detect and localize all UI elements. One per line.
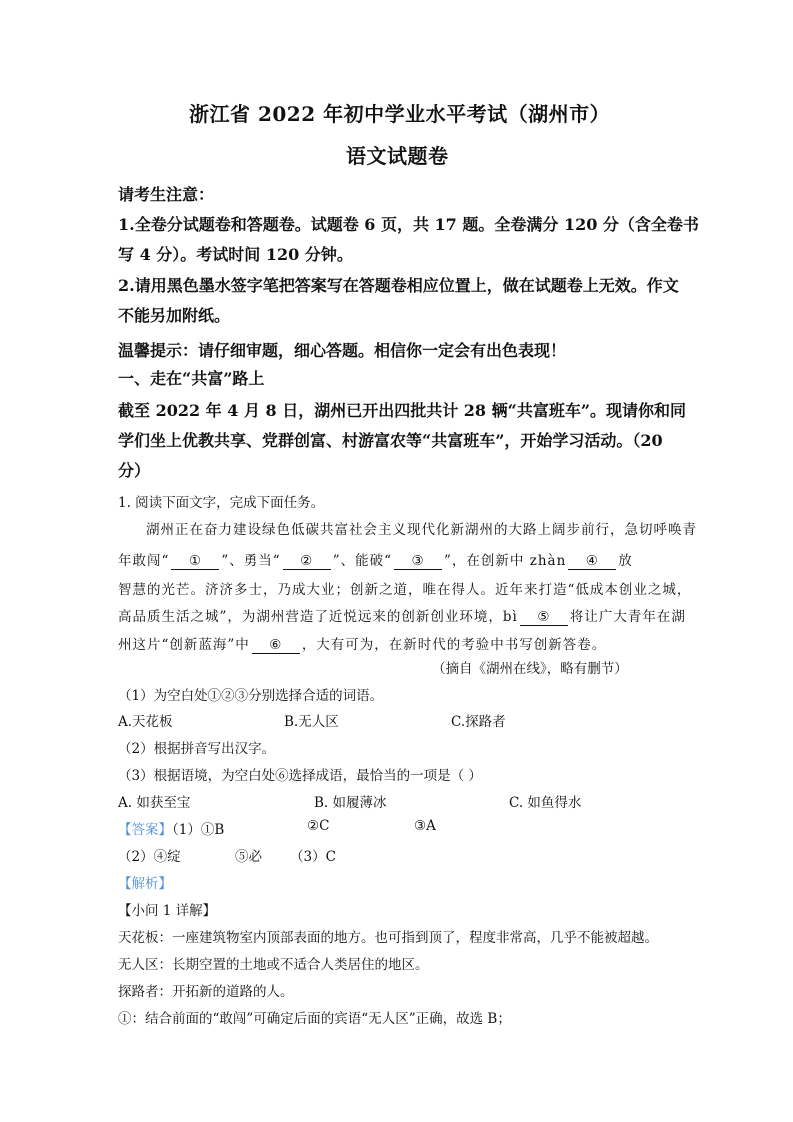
sub-question-1-prompt: （1）为空白处①②③分别选择合适的词语。	[118, 684, 383, 704]
notice-item-1-line-1: 1.全卷分试题卷和答题卷。试题卷 6 页，共 17 题。全卷满分 120 分（含…	[118, 212, 699, 235]
notice-item-2-line-2: 不能另加附纸。	[118, 303, 230, 326]
answer-label: 【答案】	[118, 822, 172, 838]
question-1-prompt: 1. 阅读下面文字，完成下面任务。	[118, 491, 324, 511]
analysis-sub-heading: 【小问 1 详解】	[118, 899, 216, 919]
analysis-label: 【解析】	[118, 872, 172, 892]
passage-line-2: 年敢闯“①”、勇当“②”、能破“③”，在创新中 zhàn④放	[118, 549, 633, 570]
blank-1: ①	[171, 553, 219, 570]
passage-source: （摘自《湖州在线》，略有删节）	[432, 657, 628, 677]
analysis-line: 天花板：一座建筑物室内顶部表面的地方。也可指到顶了，程度非常高，几乎不能被超越。	[118, 926, 658, 946]
document-subtitle: 语文试题卷	[346, 140, 449, 169]
passage-text: ”，在创新中 zhàn	[444, 553, 566, 569]
answer-item: ⑤必	[235, 845, 262, 865]
section-1-intro-line-1: 截至 2022 年 4 月 8 日，湖州已开出四批共计 28 辆“共富班车”。现…	[118, 398, 686, 421]
answer-item: （1）①B	[172, 822, 224, 838]
notice-heading: 请考生注意：	[118, 182, 214, 205]
answer-item: （2）④绽	[118, 845, 181, 865]
sub-question-3-option-b: B. 如履薄冰	[314, 791, 387, 811]
document-title: 浙江省 2022 年初中学业水平考试（湖州市）	[189, 98, 610, 127]
passage-line-1: 湖州正在奋力建设绿色低碳共富社会主义现代化新湖州的大路上阔步前行，急切呼唤青	[146, 518, 697, 538]
sub-question-3-option-a: A. 如获至宝	[118, 791, 190, 811]
analysis-line: 无人区：长期空置的土地或不适合人类居住的地区。	[118, 953, 429, 973]
document-page: 浙江省 2022 年初中学业水平考试（湖州市） 语文试题卷 请考生注意： 1.全…	[0, 0, 793, 1122]
section-1-intro-line-2: 学们坐上优教共享、党群创富、村游富农等“共富班车”，开始学习活动。（20	[118, 428, 663, 451]
passage-line-4: 高品质生活之城”，为湖州营造了近悦远来的创新创业环境，bì⑤将让广大青年在湖	[118, 605, 686, 626]
notice-item-2-line-1: 2.请用黑色墨水签字笔把答案写在答题卷相应位置上，做在试题卷上无效。作文	[118, 273, 679, 296]
passage-text: 高品质生活之城”，为湖州营造了近悦远来的创新创业环境，bì	[118, 609, 518, 625]
blank-3: ③	[394, 553, 442, 570]
passage-text: 放	[618, 553, 633, 569]
section-1-heading: 一、走在“共富”路上	[118, 366, 264, 389]
answer-item: ③A	[414, 818, 436, 834]
analysis-line: ①：结合前面的“敢闯”可确定后面的宾语“无人区”正确，故选 B；	[118, 1007, 511, 1027]
sub-question-3-prompt: （3）根据语境，为空白处⑥选择成语，最恰当的一项是（ ）	[118, 764, 482, 784]
passage-text: ，大有可为，在新时代的考验中书写创新答卷。	[302, 637, 607, 653]
answer-item: ②C	[307, 818, 329, 834]
passage-text: ”、能破“	[333, 553, 392, 569]
section-1-intro-line-3: 分）	[118, 458, 150, 481]
sub-question-1-option-b: B.无人区	[284, 710, 339, 730]
sub-question-3-option-c: C. 如鱼得水	[509, 791, 581, 811]
sub-question-1-option-c: C.探路者	[451, 710, 506, 730]
notice-item-1-line-2: 写 4 分）。考试时间 120 分钟。	[118, 242, 353, 265]
answer-item: （3）C	[290, 845, 336, 865]
notice-tip: 温馨提示：请仔细审题，细心答题。相信你一定会有出色表现！	[118, 338, 566, 361]
sub-question-1-option-a: A.天花板	[118, 710, 173, 730]
blank-4: ④	[568, 553, 616, 570]
passage-text: ”、勇当“	[221, 553, 280, 569]
blank-2: ②	[283, 553, 331, 570]
passage-text: 州这片“创新蓝海”中	[118, 637, 250, 653]
passage-line-3: 智慧的光芒。济济多士，乃成大业；创新之道，唯在得人。近年来打造“低成本创业之城，	[118, 578, 691, 598]
blank-6: ⑥	[252, 637, 300, 654]
passage-text: 将让广大青年在湖	[570, 609, 686, 625]
passage-text: 年敢闯“	[118, 553, 169, 569]
answer-row-1: 【答案】（1）①B	[118, 818, 224, 838]
sub-question-2-prompt: （2）根据拼音写出汉字。	[118, 737, 275, 757]
passage-line-5: 州这片“创新蓝海”中⑥，大有可为，在新时代的考验中书写创新答卷。	[118, 633, 606, 654]
analysis-line: 探路者：开拓新的道路的人。	[118, 980, 294, 1000]
blank-5: ⑤	[520, 609, 568, 626]
